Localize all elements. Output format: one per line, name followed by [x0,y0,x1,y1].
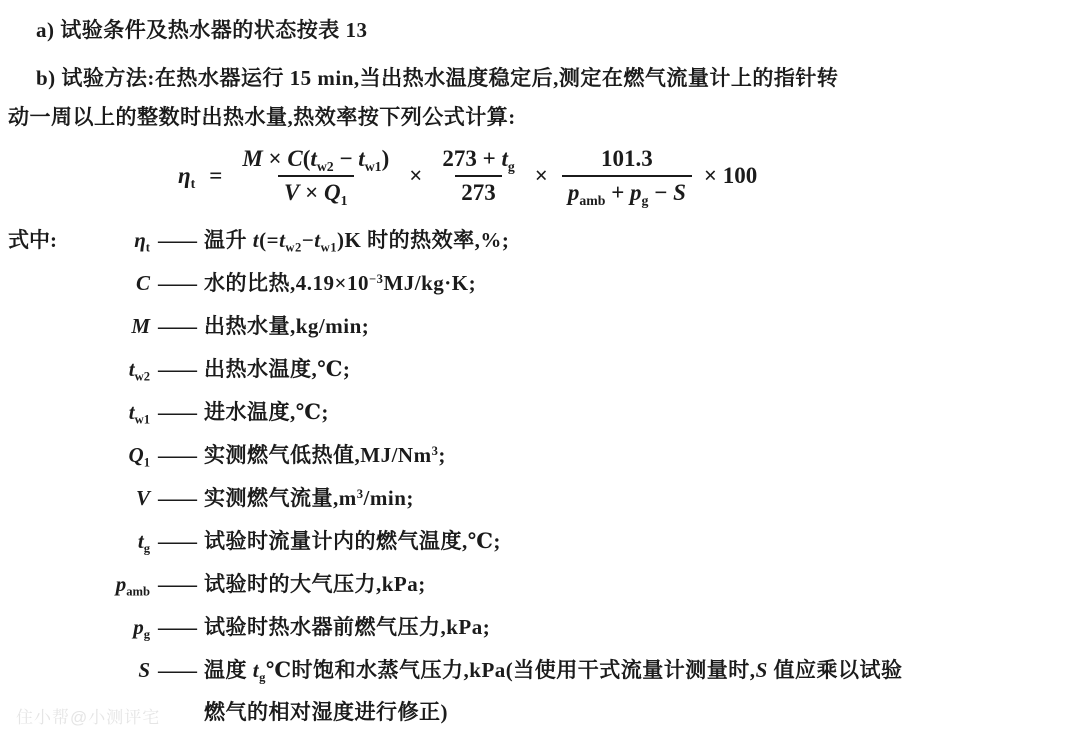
thermal-efficiency-formula: ηt = M × C(tw2 − tw1) V × Q1 × 273 + tg … [178,143,1080,209]
definition-row-tw1: tw1 —— 进水温度,℃; [0,391,1080,434]
multiply-sign: × [533,163,550,189]
fraction-denominator: 273 [455,175,502,206]
definition-dash: —— [158,434,194,477]
where-label: 式中: [8,219,57,262]
fraction-denominator: V × Q1 [278,175,353,206]
fraction-numerator: 101.3 [595,146,659,175]
definition-row-pg: pg —— 试验时热水器前燃气压力,kPa; [0,606,1080,649]
symbol-m: M [0,305,150,348]
symbol-tw2: tw2 [0,348,150,391]
definition-row-tw2: tw2 —— 出热水温度,℃; [0,348,1080,391]
symbol-pamb: pamb [0,563,150,606]
definition-text: 实测燃气低热值,MJ/Nm3; [204,434,446,477]
definition-dash: —— [158,606,194,649]
definition-row-tg: tg —— 试验时流量计内的燃气温度,℃; [0,520,1080,563]
definition-row-pamb: pamb —— 试验时的大气压力,kPa; [0,563,1080,606]
definition-text: 水的比热,4.19×10−3MJ/kg·K; [204,262,476,305]
fraction-denominator: pamb + pg − S [562,175,692,206]
definition-text: 温度 tg℃时饱和水蒸气压力,kPa(当使用干式流量计测量时,S 值应乘以试验燃… [204,649,903,733]
definition-text: 试验时热水器前燃气压力,kPa; [204,606,490,649]
definition-row-eta-t: 式中: ηt —— 温升 t(=tw2−tw1)K 时的热效率,%; [0,219,1080,262]
scanned-document-page: a) 试验条件及热水器的状态按表 13 b) 试验方法:在热水器运行 15 mi… [0,0,1080,740]
definition-row-q1: Q1 —— 实测燃气低热值,MJ/Nm3; [0,434,1080,477]
definition-dash: —— [158,391,194,434]
definition-dash: —— [158,262,194,305]
symbol-s: S [0,649,150,692]
formula-fraction-temperature: 273 + tg 273 [436,146,520,207]
symbol-pg: pg [0,606,150,649]
formula-lhs-eta-t: ηt [178,163,195,189]
symbol-tw1: tw1 [0,391,150,434]
formula-fraction-heat: M × C(tw2 − tw1) V × Q1 [236,146,395,207]
formula-times-100: × 100 [704,163,757,189]
definition-dash: —— [158,563,194,606]
definition-text: 进水温度,℃; [204,391,329,434]
definition-text: 实测燃气流量,m3/min; [204,477,414,520]
watermark: 住小帮@小测评宅 [16,703,160,728]
definition-text: 出热水温度,℃; [204,348,350,391]
formula-fraction-pressure: 101.3 pamb + pg − S [562,146,692,207]
definition-dash: —— [158,520,194,563]
definition-row-v: V —— 实测燃气流量,m3/min; [0,477,1080,520]
definition-dash: —— [158,649,194,692]
symbol-v: V [0,477,150,520]
definition-row-s: S —— 温度 tg℃时饱和水蒸气压力,kPa(当使用干式流量计测量时,S 值应… [0,649,1080,733]
symbol-definition-list: 式中: ηt —— 温升 t(=tw2−tw1)K 时的热效率,%; C —— … [0,219,1080,733]
symbol-tg: tg [0,520,150,563]
definition-text: 出热水量,kg/min; [204,305,369,348]
fraction-numerator: M × C(tw2 − tw1) [236,146,395,175]
definition-text: 试验时流量计内的燃气温度,℃; [204,520,501,563]
symbol-q1: Q1 [0,434,150,477]
definition-dash: —— [158,219,194,262]
list-item-b-line1: b) 试验方法:在热水器运行 15 min,当出热水温度稳定后,测定在燃气流量计… [36,62,1080,92]
list-item-a: a) 试验条件及热水器的状态按表 13 [36,0,1080,44]
definition-row-c: C —— 水的比热,4.19×10−3MJ/kg·K; [0,262,1080,305]
fraction-numerator: 273 + tg [436,146,520,175]
definition-dash: —— [158,305,194,348]
definition-row-m: M —— 出热水量,kg/min; [0,305,1080,348]
multiply-sign: × [407,163,424,189]
symbol-c: C [0,262,150,305]
definition-dash: —— [158,477,194,520]
list-item-b-line2: 动一周以上的整数时出热水量,热效率按下列公式计算: [8,101,1080,131]
definition-text: 温升 t(=tw2−tw1)K 时的热效率,%; [204,219,509,262]
definition-text: 试验时的大气压力,kPa; [204,563,426,606]
definition-dash: —— [158,348,194,391]
equals-sign: = [207,163,224,189]
